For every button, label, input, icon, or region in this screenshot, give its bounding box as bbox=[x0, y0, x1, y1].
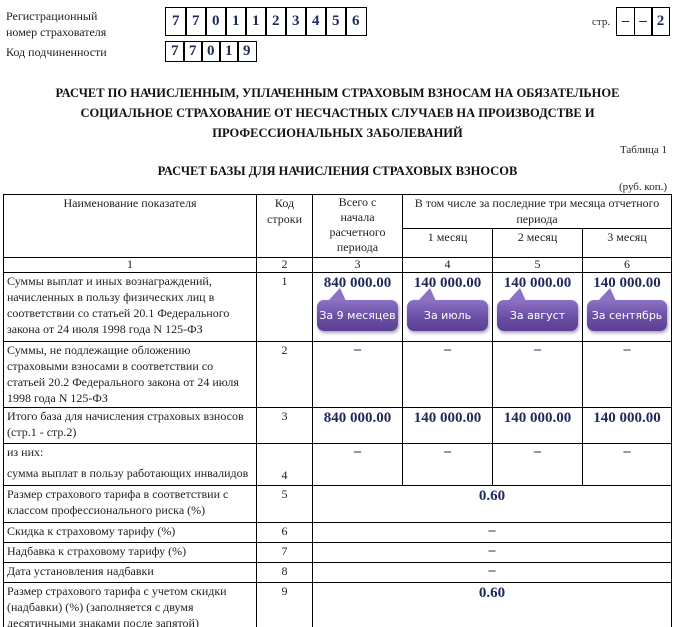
callout-month2: За август bbox=[497, 300, 578, 331]
row-code: 1 bbox=[257, 273, 313, 342]
row-value: – bbox=[316, 523, 668, 539]
row-month2-cell[interactable]: 140 000.00 bbox=[493, 408, 583, 444]
callout-month3: За сентябрь bbox=[587, 300, 667, 331]
header-last-three-months: В том числе за последние три месяца отче… bbox=[403, 195, 672, 229]
row-value: – bbox=[316, 563, 668, 579]
sub-digit: 9 bbox=[237, 41, 257, 62]
row-name: Размер страхового тарифа в соответствии … bbox=[4, 486, 257, 523]
header-month-3: 3 месяц bbox=[583, 229, 672, 258]
row-month3-cell[interactable]: 140 000.00 За сентябрь bbox=[583, 273, 672, 342]
row-code: 8 bbox=[257, 563, 313, 583]
row-value-cell[interactable]: – bbox=[313, 543, 672, 563]
reg-digit: 0 bbox=[205, 7, 227, 36]
row-name: Размер страхового тарифа с учетом скидки… bbox=[4, 583, 257, 627]
row-month1-value: – bbox=[406, 444, 489, 460]
table-row: Размер страхового тарифа с учетом скидки… bbox=[4, 583, 672, 627]
table-row: Суммы, не подлежащие обложению страховым… bbox=[4, 342, 672, 408]
row-month1-value: – bbox=[406, 342, 489, 358]
table-row: Скидка к страховому тарифу (%) 6 – bbox=[4, 523, 672, 543]
row-code: 7 bbox=[257, 543, 313, 563]
reg-digit: 6 bbox=[345, 7, 367, 36]
row-code: 3 bbox=[257, 408, 313, 444]
page-digit: – bbox=[634, 7, 653, 36]
row-total-cell[interactable]: – bbox=[313, 342, 403, 408]
row-value: 0.60 bbox=[316, 486, 668, 506]
row-month3-value: – bbox=[586, 342, 668, 358]
sub-code-label: Код подчиненности bbox=[6, 44, 107, 60]
table-title: РАСЧЕТ БАЗЫ ДЛЯ НАЧИСЛЕНИЯ СТРАХОВЫХ ВЗН… bbox=[0, 161, 675, 181]
row-month3-value: – bbox=[586, 444, 668, 460]
row-month2-value: 140 000.00 bbox=[496, 408, 579, 428]
row-code: 5 bbox=[257, 486, 313, 523]
row-month2-value: – bbox=[496, 342, 579, 358]
sub-digit: 1 bbox=[219, 41, 239, 62]
row-name: Дата установления надбавки bbox=[4, 563, 257, 583]
reg-number-field[interactable]: 7 7 0 1 1 2 3 4 5 6 bbox=[165, 7, 367, 36]
reg-digit: 1 bbox=[225, 7, 247, 36]
row-month2-value: – bbox=[496, 444, 579, 460]
row-month1-cell[interactable]: 140 000.00 bbox=[403, 408, 493, 444]
col-number: 1 bbox=[4, 258, 257, 273]
row-value-cell[interactable]: – bbox=[313, 563, 672, 583]
row-month3-cell[interactable]: – bbox=[583, 444, 672, 486]
row-month3-cell[interactable]: 140 000.00 bbox=[583, 408, 672, 444]
row-month1-value: 140 000.00 bbox=[406, 408, 489, 428]
col-number: 6 bbox=[583, 258, 672, 273]
form-title-line2: СОЦИАЛЬНОЕ СТРАХОВАНИЕ ОТ НЕСЧАСТНЫХ СЛУ… bbox=[0, 103, 675, 123]
row-code: 2 bbox=[257, 342, 313, 408]
reg-label-line2: номер страхователя bbox=[6, 24, 106, 40]
header-month-2: 2 месяц bbox=[493, 229, 583, 258]
header-code: Код строки bbox=[257, 195, 313, 258]
row-total-value: – bbox=[316, 444, 399, 460]
row-total-cell[interactable]: – bbox=[313, 444, 403, 486]
row-total-value: 840 000.00 bbox=[316, 408, 399, 428]
row-total-cell[interactable]: 840 000.00 За 9 месяцев bbox=[313, 273, 403, 342]
sub-digit: 7 bbox=[165, 41, 185, 62]
table-number: Таблица 1 bbox=[620, 142, 667, 158]
row-code: 9 bbox=[257, 583, 313, 627]
column-numbers-row: 1 2 3 4 5 6 bbox=[4, 258, 672, 273]
reg-digit: 5 bbox=[325, 7, 347, 36]
page-digit: 2 bbox=[651, 7, 670, 36]
row-total-value: 840 000.00 bbox=[316, 273, 399, 293]
sub-digit: 7 bbox=[183, 41, 203, 62]
row-month1-cell[interactable]: 140 000.00 За июль bbox=[403, 273, 493, 342]
reg-digit: 3 bbox=[285, 7, 307, 36]
reg-digit: 7 bbox=[165, 7, 187, 36]
row-name: Суммы, не подлежащие обложению страховым… bbox=[4, 342, 257, 408]
table-row: Итого база для начисления страховых взно… bbox=[4, 408, 672, 444]
reg-label-line1: Регистрационный bbox=[6, 8, 106, 24]
row-value-cell[interactable]: 0.60 bbox=[313, 486, 672, 523]
table-row: Размер страхового тарифа в соответствии … bbox=[4, 486, 672, 523]
reg-number-label: Регистрационный номер страхователя bbox=[6, 8, 106, 40]
row-value-cell[interactable]: – bbox=[313, 523, 672, 543]
row-month3-value: 140 000.00 bbox=[586, 408, 668, 428]
row-value-cell[interactable]: 0.60 bbox=[313, 583, 672, 627]
row-code: 6 bbox=[257, 523, 313, 543]
col-number: 5 bbox=[493, 258, 583, 273]
row-name: Надбавка к страховому тарифу (%) bbox=[4, 543, 257, 563]
reg-digit: 2 bbox=[265, 7, 287, 36]
header-total: Всего с начала расчетного периода bbox=[313, 195, 403, 258]
form-title: РАСЧЕТ ПО НАЧИСЛЕННЫМ, УПЛАЧЕННЫМ СТРАХО… bbox=[0, 83, 675, 143]
units-label: (руб. коп.) bbox=[619, 179, 667, 195]
row-name: Итого база для начисления страховых взно… bbox=[4, 408, 257, 444]
row-total-cell[interactable]: 840 000.00 bbox=[313, 408, 403, 444]
row-month3-cell[interactable]: – bbox=[583, 342, 672, 408]
callout-total: За 9 месяцев bbox=[317, 300, 398, 331]
reg-digit: 4 bbox=[305, 7, 327, 36]
row-name-line2: сумма выплат в пользу работающих инвалид… bbox=[7, 465, 253, 481]
header-name: Наименование показателя bbox=[4, 195, 257, 258]
reg-digit: 1 bbox=[245, 7, 267, 36]
base-calculation-table: Наименование показателя Код строки Всего… bbox=[3, 194, 672, 627]
row-name: Суммы выплат и иных вознаграждений, начи… bbox=[4, 273, 257, 342]
col-number: 4 bbox=[403, 258, 493, 273]
row-value: 0.60 bbox=[316, 583, 668, 603]
sub-code-field[interactable]: 7 7 0 1 9 bbox=[165, 41, 257, 62]
row-name: Скидка к страховому тарифу (%) bbox=[4, 523, 257, 543]
page-number-field[interactable]: – – 2 bbox=[616, 7, 670, 36]
row-month3-value: 140 000.00 bbox=[586, 273, 668, 293]
table-row: Надбавка к страховому тарифу (%) 7 – bbox=[4, 543, 672, 563]
row-month2-cell[interactable]: – bbox=[493, 444, 583, 486]
header-month-1: 1 месяц bbox=[403, 229, 493, 258]
sub-digit: 0 bbox=[201, 41, 221, 62]
form-title-line1: РАСЧЕТ ПО НАЧИСЛЕННЫМ, УПЛАЧЕННЫМ СТРАХО… bbox=[0, 83, 675, 103]
row-month1-value: 140 000.00 bbox=[406, 273, 489, 293]
row-name: из них: сумма выплат в пользу работающих… bbox=[4, 444, 257, 486]
row-value: – bbox=[316, 543, 668, 559]
row-total-value: – bbox=[316, 342, 399, 358]
table-row: Суммы выплат и иных вознаграждений, начи… bbox=[4, 273, 672, 342]
row-name-line1: из них: bbox=[7, 444, 253, 460]
page-label: стр. bbox=[592, 14, 610, 30]
reg-digit: 7 bbox=[185, 7, 207, 36]
form-title-line3: ПРОФЕССИОНАЛЬНЫХ ЗАБОЛЕВАНИЙ bbox=[0, 123, 675, 143]
row-month2-cell[interactable]: 140 000.00 За август bbox=[493, 273, 583, 342]
table-row: Дата установления надбавки 8 – bbox=[4, 563, 672, 583]
table-row: из них: сумма выплат в пользу работающих… bbox=[4, 444, 672, 486]
callout-month1: За июль bbox=[407, 300, 488, 331]
row-month2-value: 140 000.00 bbox=[496, 273, 579, 293]
col-number: 2 bbox=[257, 258, 313, 273]
col-number: 3 bbox=[313, 258, 403, 273]
row-month1-cell[interactable]: – bbox=[403, 342, 493, 408]
page-digit: – bbox=[616, 7, 635, 36]
row-month2-cell[interactable]: – bbox=[493, 342, 583, 408]
row-month1-cell[interactable]: – bbox=[403, 444, 493, 486]
row-code: 4 bbox=[257, 444, 313, 486]
